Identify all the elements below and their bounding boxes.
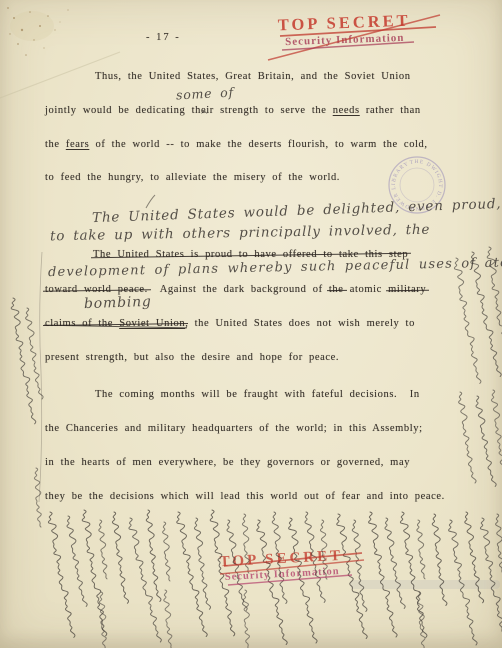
handwritten-replacement: bombing <box>84 294 152 312</box>
typed-text: atomic <box>344 284 389 295</box>
typed-line: they be the decisions which will lead th… <box>45 491 445 502</box>
document-page: - 17 - TOP SECRET Security Information T… <box>0 0 502 648</box>
typed-line: toward world peace. Against the dark bac… <box>45 284 426 295</box>
ink-smudge <box>350 580 500 589</box>
typed-text: present strength, but also the desire an… <box>45 352 339 363</box>
underlined-word: Soviet Union <box>119 318 185 329</box>
typed-line: in the hearts of men everywhere, be they… <box>45 457 410 468</box>
handwritten-insertion: some of <box>176 84 235 102</box>
typed-text: claims of the <box>45 318 119 329</box>
typed-line: jointly would be dedicating their streng… <box>45 105 421 116</box>
typed-text: the Chanceries and military headquarters… <box>45 423 423 434</box>
typed-text: the <box>45 139 66 150</box>
struck-text: toward world peace. <box>45 284 148 295</box>
page-number: - 17 - <box>146 32 181 43</box>
typed-text: Thus, the United States, Great Britain, … <box>95 71 411 82</box>
typed-text: they be the decisions which will lead th… <box>45 491 445 502</box>
typed-text: Against the dark background of <box>148 284 329 295</box>
typed-text: , the United States does not wish merely… <box>185 318 415 329</box>
insertion-caret: ^ <box>200 110 209 121</box>
typed-text: in the hearts of men everywhere, be they… <box>45 457 410 468</box>
struck-text: the <box>329 284 344 295</box>
typed-text: to feed the hungry, to alleviate the mis… <box>45 172 340 183</box>
typed-line: to feed the hungry, to alleviate the mis… <box>45 172 340 183</box>
struck-text: military <box>388 284 426 295</box>
underlined-word: needs <box>333 105 360 116</box>
typed-line: Thus, the United States, Great Britain, … <box>95 71 411 82</box>
top-secret-stamp: TOP SECRET Security Information <box>277 11 411 49</box>
underlined-word: fears <box>66 139 89 150</box>
typed-line: the Chanceries and military headquarters… <box>45 423 423 434</box>
typed-text: rather than <box>360 105 421 116</box>
typed-line: claims of the Soviet Union, the United S… <box>45 318 415 329</box>
typed-line: The coming months will be fraught with f… <box>95 389 420 400</box>
typed-line: present strength, but also the desire an… <box>45 352 339 363</box>
typed-text: The coming months will be fraught with f… <box>95 389 420 400</box>
typed-text: jointly would be dedicating their streng… <box>45 105 333 116</box>
struck-text: claims of the Soviet Union <box>45 318 185 329</box>
typed-text: of the world -- to make the deserts flou… <box>89 139 427 150</box>
typed-line: the fears of the world -- to make the de… <box>45 139 428 150</box>
